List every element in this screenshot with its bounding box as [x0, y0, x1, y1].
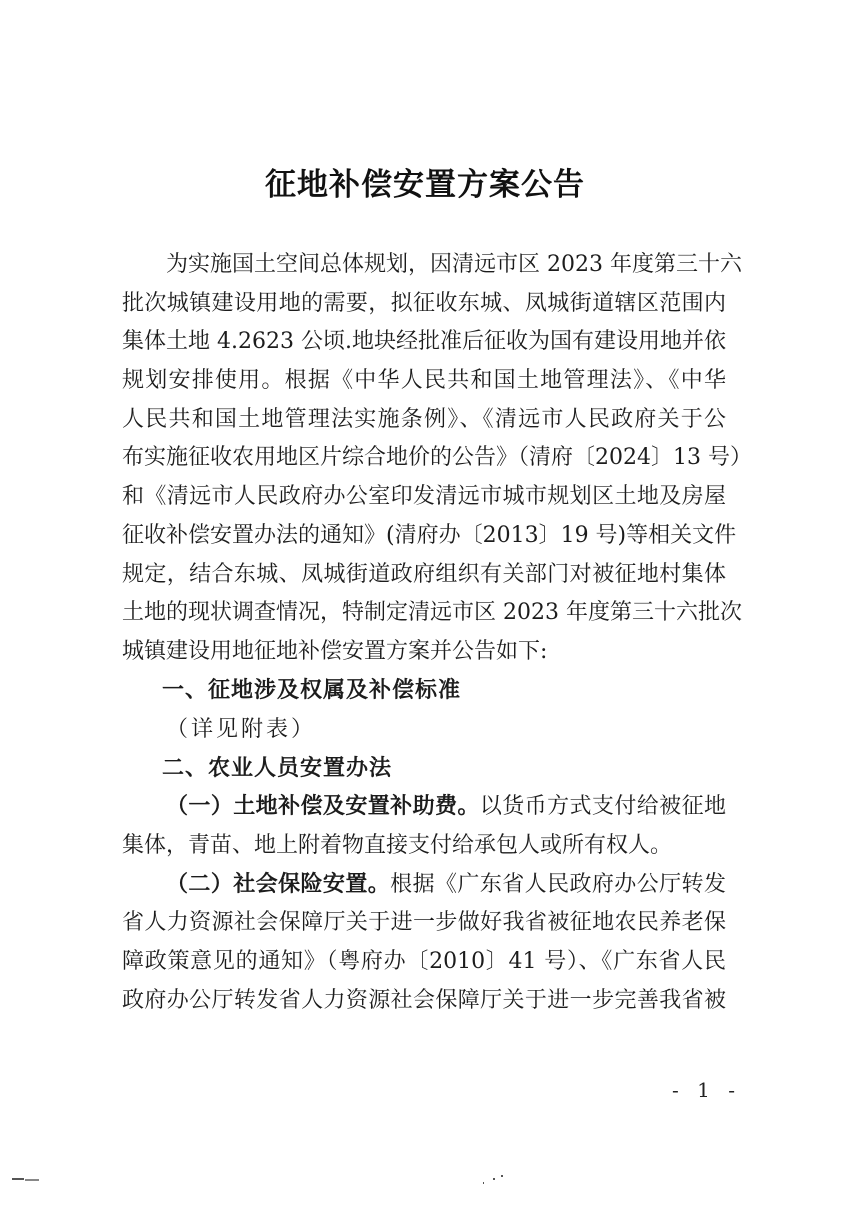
paragraph-line: 政府办公厅转发省人力资源社会保障厅关于进一步完善我省被 — [122, 982, 726, 1020]
paragraph-line: 集体土地 4.2623 公顷.地块经批准后征收为国有建设用地并依 — [122, 323, 726, 361]
section-heading-2: 二、农业人员安置办法 — [162, 750, 726, 788]
paragraph-line: 城镇建设用地征地补偿安置方案并公告如下: — [122, 633, 726, 671]
subsection-label-2: （二）社会保险安置。 — [166, 872, 390, 897]
paragraph-line: 人民共和国土地管理法实施条例》、《清远市人民政府关于公 — [122, 401, 726, 439]
paragraph-line: 土地的现状调查情况，特制定清远市区 2023 年度第三十六批次 — [122, 594, 726, 632]
section-heading-1: 一、征地涉及权属及补偿标准 — [162, 672, 726, 710]
paragraph-line: 征收补偿安置办法的通知》(清府办〔2013〕19 号)等相关文件 — [122, 517, 726, 555]
scan-artifact — [12, 1178, 24, 1180]
scan-artifact — [25, 1179, 39, 1181]
subsection-text: 以货币方式支付给被征地 — [480, 794, 726, 819]
scan-artifact — [483, 1182, 484, 1184]
scan-artifact — [493, 1178, 495, 1180]
document-page: 征地补偿安置方案公告 为实施国土空间总体规划，因清远市区 2023 年度第三十六… — [0, 0, 850, 1216]
paragraph-line: 批次城镇建设用地的需要，拟征收东城、凤城街道辖区范围内 — [122, 285, 726, 323]
paragraph-line: 集体，青苗、地上附着物直接支付给承包人或所有权人。 — [122, 827, 726, 865]
paragraph-line: 规定，结合东城、凤城街道政府组织有关部门对被征地村集体 — [122, 556, 726, 594]
section-note: （详见附表） — [166, 711, 726, 749]
subsection-line: （二）社会保险安置。根据《广东省人民政府办公厅转发 — [166, 866, 726, 904]
subsection-text: 根据《广东省人民政府办公厅转发 — [390, 872, 726, 897]
paragraph-line: 障政策意见的通知》（粤府办〔2010〕41 号）、《广东省人民 — [122, 943, 726, 981]
paragraph-line: 为实施国土空间总体规划，因清远市区 2023 年度第三十六 — [166, 246, 726, 284]
document-title: 征地补偿安置方案公告 — [0, 163, 850, 207]
scan-artifact — [501, 1175, 503, 1177]
paragraph-line: 省人力资源社会保障厅关于进一步做好我省被征地农民养老保 — [122, 904, 726, 942]
paragraph-line: 布实施征收农用地区片综合地价的公告》（清府〔2024〕13 号） — [122, 439, 726, 477]
subsection-label-1: （一）土地补偿及安置补助费。 — [166, 794, 480, 819]
subsection-line: （一）土地补偿及安置补助费。以货币方式支付给被征地 — [166, 788, 726, 826]
page-number: - 1 - — [672, 1078, 741, 1102]
paragraph-line: 规划安排使用。根据《中华人民共和国土地管理法》、《中华 — [122, 362, 726, 400]
paragraph-line: 和《清远市人民政府办公室印发清远市城市规划区土地及房屋 — [122, 478, 726, 516]
